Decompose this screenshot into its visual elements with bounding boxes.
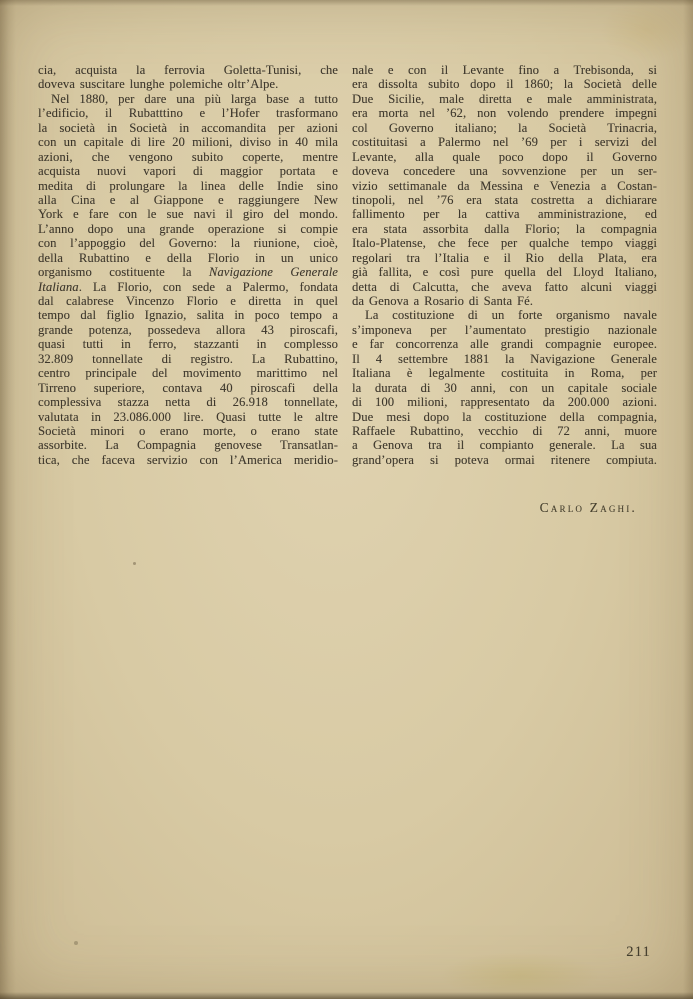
text-segment: centro principale del movimento marittim… bbox=[38, 366, 338, 380]
text-segment: doveva concedere una sovvenzione per un … bbox=[352, 164, 657, 178]
text-line: tempo dal figlio Ignazio, salita in poco… bbox=[38, 308, 338, 322]
text-line: col Governo italiano; la Società Trinacr… bbox=[352, 121, 657, 135]
text-column-right: nale e con il Levante fino a Trebisonda,… bbox=[352, 63, 657, 467]
text-segment: doveva suscitare lunghe polemiche oltr’A… bbox=[38, 77, 278, 91]
text-line: era dissolta subito dopo il 1860; la Soc… bbox=[352, 77, 657, 91]
text-segment: con l’appoggio del Governo: la riunione,… bbox=[38, 236, 338, 250]
text-line: Nel 1880, per dare una più larga base a … bbox=[38, 92, 338, 106]
text-line: già fallita, e così pure quella del Lloy… bbox=[352, 265, 657, 279]
text-segment: organismo costituente la bbox=[38, 265, 209, 279]
scan-edge-shadow-bottom bbox=[0, 992, 693, 999]
text-segment: costituitasi a Palermo nel ’69 per i ser… bbox=[352, 135, 657, 149]
text-line: 32.809 tonnellate di registro. La Rubatt… bbox=[38, 352, 338, 366]
text-segment: fallimento per la cattiva amministrazion… bbox=[352, 207, 657, 221]
text-segment: già fallita, e così pure quella del Lloy… bbox=[352, 265, 657, 279]
text-line: grand’opera si poteva ormai ritenere com… bbox=[352, 453, 657, 467]
text-segment: col Governo italiano; la Società Trinacr… bbox=[352, 121, 657, 135]
text-line: tica, che faceva servizio con l’America … bbox=[38, 453, 338, 467]
text-line: azioni, che vengono subito coperte, ment… bbox=[38, 150, 338, 164]
text-block: cia, acquista la ferrovia Goletta-Tunisi… bbox=[38, 63, 657, 467]
text-segment: era stata assorbita dalla Florio; la com… bbox=[352, 222, 657, 236]
text-segment: Tirreno superiore, contava 40 piroscafi … bbox=[38, 381, 338, 395]
text-segment: s’imponeva per l’aumentato prestigio naz… bbox=[352, 323, 657, 337]
text-line: Tirreno superiore, contava 40 piroscafi … bbox=[38, 381, 338, 395]
text-line: la durata di 30 anni, con un capitale so… bbox=[352, 381, 657, 395]
text-line: Italo-Platense, che fece per qualche tem… bbox=[352, 236, 657, 250]
text-line: cia, acquista la ferrovia Goletta-Tunisi… bbox=[38, 63, 338, 77]
text-line: Italiana. La Florio, con sede a Palermo,… bbox=[38, 280, 338, 294]
text-line: di 100 milioni, rappresentato da 200.000… bbox=[352, 395, 657, 409]
text-segment: alla Cina e al Giappone e raggiungere Ne… bbox=[38, 193, 338, 207]
italic-text-segment: Navigazione Generale bbox=[209, 265, 338, 279]
text-segment: la società in Società in accomandita per… bbox=[38, 121, 338, 135]
text-segment: la durata di 30 anni, con un capitale so… bbox=[352, 381, 657, 395]
text-line: quasi tutti in ferro, stazzanti in compl… bbox=[38, 337, 338, 351]
text-line: Due Sicilie, male diretta e male amminis… bbox=[352, 92, 657, 106]
text-line: la società in Società in accomandita per… bbox=[38, 121, 338, 135]
text-line: tinopoli, nel ’76 era stata costretta a … bbox=[352, 193, 657, 207]
text-line: Italiana è legalmente costituita in Roma… bbox=[352, 366, 657, 380]
text-segment: dal calabrese Vincenzo Florio e diretta … bbox=[38, 294, 338, 308]
text-line: da Genova a Rosario di Santa Fé. bbox=[352, 294, 657, 308]
page-number: 211 bbox=[626, 944, 651, 961]
text-segment: tinopoli, nel ’76 era stata costretta a … bbox=[352, 193, 657, 207]
text-segment: L’anno dopo una grande operazione si com… bbox=[38, 222, 338, 236]
text-segment: grande potenza, possedeva allora 43 piro… bbox=[38, 323, 338, 337]
text-line: centro principale del movimento marittim… bbox=[38, 366, 338, 380]
text-segment: era dissolta subito dopo il 1860; la Soc… bbox=[352, 77, 657, 91]
text-line: grande potenza, possedeva allora 43 piro… bbox=[38, 323, 338, 337]
text-segment: Due mesi dopo la costituzione della comp… bbox=[352, 410, 657, 424]
text-segment: Il 4 settembre 1881 la Navigazione Gener… bbox=[352, 352, 657, 366]
text-segment: complessiva stazza netta di 26.918 tonne… bbox=[38, 395, 338, 409]
text-segment: vizio settimanale da Messina e Venezia a… bbox=[352, 179, 657, 193]
text-segment: con un capitale di lire 20 milioni, divi… bbox=[38, 135, 338, 149]
text-line: Il 4 settembre 1881 la Navigazione Gener… bbox=[352, 352, 657, 366]
text-segment: era morta nel ’62, non volendo prendere … bbox=[352, 106, 657, 120]
text-line: a Genova tra il compianto generale. La s… bbox=[352, 438, 657, 452]
text-segment: da Genova a Rosario di Santa Fé. bbox=[352, 294, 533, 308]
text-segment: Levante, alla quale poco dopo il Governo bbox=[352, 150, 657, 164]
text-line: York e fare con le sue navi il giro del … bbox=[38, 207, 338, 221]
text-line: Levante, alla quale poco dopo il Governo bbox=[352, 150, 657, 164]
text-line: La costituzione di un forte organismo na… bbox=[352, 308, 657, 322]
text-column-left: cia, acquista la ferrovia Goletta-Tunisi… bbox=[38, 63, 338, 467]
text-line: dal calabrese Vincenzo Florio e diretta … bbox=[38, 294, 338, 308]
text-line: Società minori o erano morte, o erano st… bbox=[38, 424, 338, 438]
text-line: Due mesi dopo la costituzione della comp… bbox=[352, 410, 657, 424]
text-segment: Raffaele Rubattino, vecchio di 72 anni, … bbox=[352, 424, 657, 438]
text-line: e far concorrenza alle grandi compagnie … bbox=[352, 337, 657, 351]
text-segment: Nel 1880, per dare una più larga base a … bbox=[51, 92, 338, 106]
author-signature: Carlo Zaghi. bbox=[352, 500, 657, 516]
scan-edge-shadow-right bbox=[683, 0, 693, 999]
text-line: era morta nel ’62, non volendo prendere … bbox=[352, 106, 657, 120]
text-segment: 32.809 tonnellate di registro. La Rubatt… bbox=[38, 352, 338, 366]
text-segment: tempo dal figlio Ignazio, salita in poco… bbox=[38, 308, 338, 322]
text-segment: assorbite. La Compagnia genovese Transat… bbox=[38, 438, 338, 452]
text-segment: cia, acquista la ferrovia Goletta-Tunisi… bbox=[38, 63, 338, 77]
text-segment: di 100 milioni, rappresentato da 200.000… bbox=[352, 395, 657, 409]
text-segment: York e fare con le sue navi il giro del … bbox=[38, 207, 338, 221]
text-line: doveva concedere una sovvenzione per un … bbox=[352, 164, 657, 178]
text-segment: acquista nuovi vapori di maggior portata… bbox=[38, 164, 338, 178]
text-segment: valutata in 23.086.000 lire. Quasi tutte… bbox=[38, 410, 338, 424]
scan-edge-shadow-top bbox=[0, 0, 693, 6]
text-line: con l’appoggio del Governo: la riunione,… bbox=[38, 236, 338, 250]
text-line: della Rubattino e della Florio in un uni… bbox=[38, 251, 338, 265]
text-segment: detta di Calcutta, che aveva fatto alcun… bbox=[352, 280, 657, 294]
paper-stain bbox=[600, 0, 693, 60]
text-segment: . La Florio, con sede a Palermo, fondata bbox=[79, 280, 338, 294]
text-segment: Italiana è legalmente costituita in Roma… bbox=[352, 366, 657, 380]
text-line: costituitasi a Palermo nel ’69 per i ser… bbox=[352, 135, 657, 149]
book-page-scan: cia, acquista la ferrovia Goletta-Tunisi… bbox=[0, 0, 693, 999]
text-line: valutata in 23.086.000 lire. Quasi tutte… bbox=[38, 410, 338, 424]
scan-edge-shadow-left bbox=[0, 0, 16, 999]
text-segment: della Rubattino e della Florio in un uni… bbox=[38, 251, 338, 265]
text-line: regolari tra l’Italia e il Rio della Pla… bbox=[352, 251, 657, 265]
text-segment: l’edificio, il Rubatttino e l’Hofer tras… bbox=[38, 106, 338, 120]
text-segment: grand’opera si poteva ormai ritenere com… bbox=[352, 453, 657, 467]
paper-speck bbox=[133, 562, 136, 565]
text-line: l’edificio, il Rubatttino e l’Hofer tras… bbox=[38, 106, 338, 120]
italic-text-segment: Italiana bbox=[38, 280, 79, 294]
text-line: con un capitale di lire 20 milioni, divi… bbox=[38, 135, 338, 149]
text-line: detta di Calcutta, che aveva fatto alcun… bbox=[352, 280, 657, 294]
text-segment: quasi tutti in ferro, stazzanti in compl… bbox=[38, 337, 338, 351]
text-segment: Società minori o erano morte, o erano st… bbox=[38, 424, 338, 438]
text-segment: Italo-Platense, che fece per qualche tem… bbox=[352, 236, 657, 250]
text-line: acquista nuovi vapori di maggior portata… bbox=[38, 164, 338, 178]
paper-speck bbox=[74, 941, 78, 945]
text-segment: medita di prolungare la linea delle Indi… bbox=[38, 179, 338, 193]
text-line: alla Cina e al Giappone e raggiungere Ne… bbox=[38, 193, 338, 207]
text-segment: e far concorrenza alle grandi compagnie … bbox=[352, 337, 657, 351]
text-segment: Due Sicilie, male diretta e male amminis… bbox=[352, 92, 657, 106]
text-line: vizio settimanale da Messina e Venezia a… bbox=[352, 179, 657, 193]
text-line: era stata assorbita dalla Florio; la com… bbox=[352, 222, 657, 236]
text-line: medita di prolungare la linea delle Indi… bbox=[38, 179, 338, 193]
text-line: Raffaele Rubattino, vecchio di 72 anni, … bbox=[352, 424, 657, 438]
text-line: assorbite. La Compagnia genovese Transat… bbox=[38, 438, 338, 452]
text-segment: regolari tra l’Italia e il Rio della Pla… bbox=[352, 251, 657, 265]
text-line: nale e con il Levante fino a Trebisonda,… bbox=[352, 63, 657, 77]
text-line: L’anno dopo una grande operazione si com… bbox=[38, 222, 338, 236]
text-line: doveva suscitare lunghe polemiche oltr’A… bbox=[38, 77, 338, 91]
text-segment: La costituzione di un forte organismo na… bbox=[365, 308, 657, 322]
text-line: s’imponeva per l’aumentato prestigio naz… bbox=[352, 323, 657, 337]
text-line: fallimento per la cattiva amministrazion… bbox=[352, 207, 657, 221]
text-line: complessiva stazza netta di 26.918 tonne… bbox=[38, 395, 338, 409]
text-segment: a Genova tra il compianto generale. La s… bbox=[352, 438, 657, 452]
text-segment: tica, che faceva servizio con l’America … bbox=[38, 453, 338, 467]
text-segment: nale e con il Levante fino a Trebisonda,… bbox=[352, 63, 657, 77]
text-segment: azioni, che vengono subito coperte, ment… bbox=[38, 150, 338, 164]
text-line: organismo costituente la Navigazione Gen… bbox=[38, 265, 338, 279]
